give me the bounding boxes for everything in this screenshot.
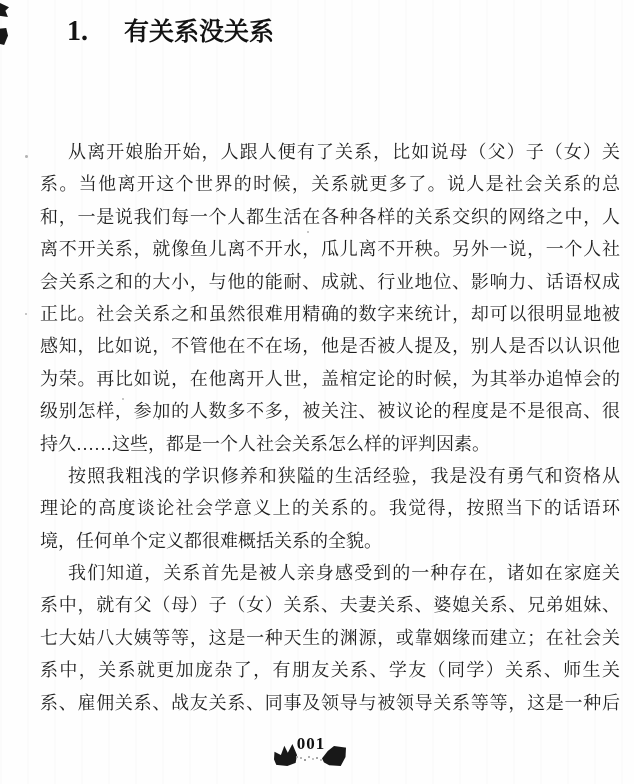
text-line: 系中，就有父（母）子（女）关系、夫妻关系、婆媳关系、兄弟姐妹、 — [40, 589, 620, 621]
scan-speck — [122, 398, 124, 400]
text-line: 持久……这些，都是一个人社会关系怎么样的评判因素。 — [40, 428, 620, 460]
text-line: 为荣。再比如说，在他离开人世，盖棺定论的时候，为其举办追悼会的 — [40, 363, 620, 395]
text-line: 系、雇佣关系、战友关系、同事及领导与被领导关系等等，这是一种后 — [40, 687, 620, 719]
text-line: 理论的高度谈论社会学意义上的关系的。我觉得，按照当下的话语环 — [40, 492, 620, 524]
text-line: 系。当他离开这个世界的时候，关系就更多了。说人是社会关系的总 — [40, 168, 620, 200]
text-line: 会关系之和的大小，与他的能耐、成就、行业地位、影响力、话语权成 — [40, 266, 620, 298]
text-line: 感知，比如说，不管他在不在场，他是否被人提及，别人是否以认识他 — [40, 330, 620, 362]
scan-edge-mark-icon — [0, 3, 9, 17]
page-number: 001 — [292, 735, 330, 753]
text-line: 我们知道，关系首先是被人亲身感受到的一种存在，诸如在家庭关 — [40, 557, 620, 589]
body-text-block: 从离开娘胎开始，人跟人便有了关系，比如说母（父）子（女）关 系。当他离开这个世界… — [40, 136, 620, 719]
text-line: 从离开娘胎开始，人跟人便有了关系，比如说母（父）子（女）关 — [40, 136, 620, 168]
scanned-book-page: 1. 有关系没关系 从离开娘胎开始，人跟人便有了关系，比如说母（父）子（女）关 … — [0, 0, 634, 784]
chapter-title: 1. 有关系没关系 — [67, 16, 274, 48]
text-line: 正比。社会关系之和虽然很难用精确的数字来统计，却可以很明显地被 — [40, 298, 620, 330]
scan-speckle-texture — [296, 756, 298, 758]
page-footer: 001 — [272, 733, 350, 771]
scan-speck — [25, 155, 28, 158]
text-line: 境，任何单个定义都很难概括关系的全貌。 — [40, 525, 620, 557]
text-line: 离不开关系，就像鱼儿离不开水，瓜儿离不开秧。另外一说，一个人社 — [40, 233, 620, 265]
text-line: 七大姑八大姨等等，这是一种天生的渊源，或靠姻缘而建立；在社会关 — [40, 622, 620, 654]
scan-speck — [158, 418, 160, 420]
chapter-number: 1. — [67, 16, 88, 48]
scan-speck — [307, 231, 309, 233]
text-line: 级别怎样，参加的人数多不多，被关注、被议论的程度是不是很高、很 — [40, 395, 620, 427]
text-line: 和，一是说我们每一个人都生活在各种各样的关系交织的网络之中，人 — [40, 201, 620, 233]
text-line: 系中，关系就更加庞杂了，有朋友关系、学友（同学）关系、师生关 — [40, 654, 620, 686]
scan-speck — [25, 313, 27, 315]
chapter-title-text: 有关系没关系 — [124, 16, 274, 48]
text-line: 按照我粗浅的学识修养和狭隘的生活经验，我是没有勇气和资格从 — [40, 460, 620, 492]
scan-edge-mark-icon — [0, 28, 8, 45]
